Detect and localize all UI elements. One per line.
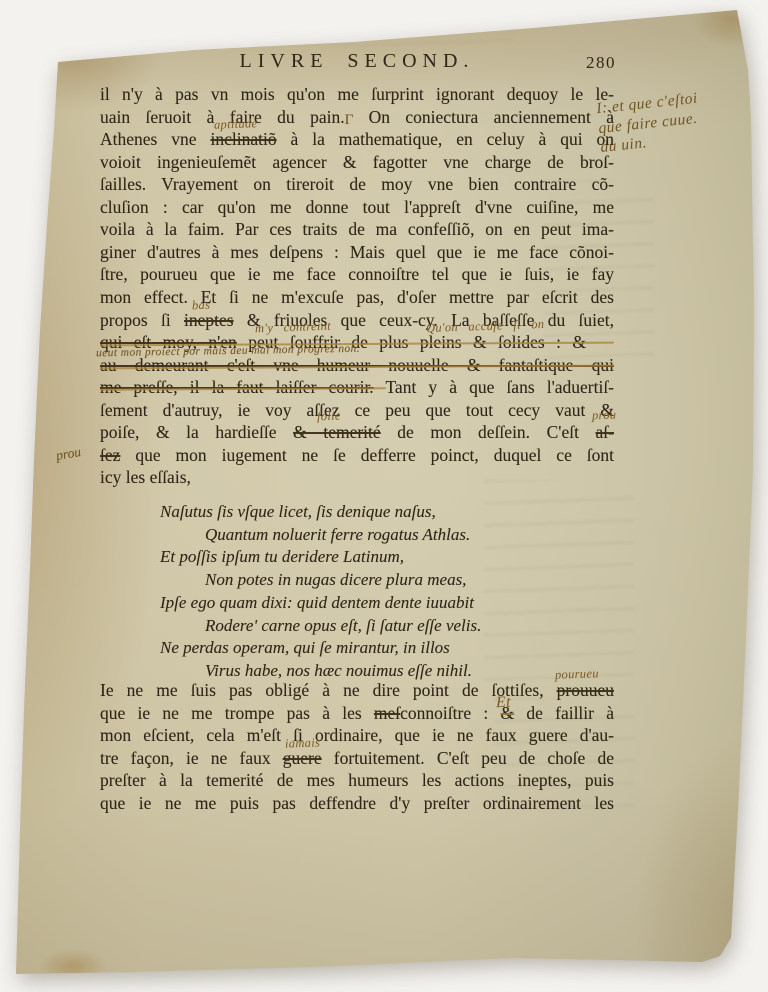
handwritten-note: bas	[192, 297, 211, 313]
text-segment: preſter à la temerité de mes humeurs les…	[100, 770, 614, 790]
text-segment: il n'y à pas vn mois qu'on me ſurprint i…	[100, 84, 614, 104]
text-segment: connoiſtre :	[400, 703, 500, 723]
text-segment: Naſutus ſis vſque licet, ſis denique naſ…	[160, 502, 436, 521]
text-line: giner d'autres à mes deſpens : Mais quel…	[100, 242, 614, 265]
handwritten-note: pourueu	[554, 666, 598, 683]
text-line: ſtre, pourueu que ie me face connoiſtre …	[100, 264, 614, 287]
text-line: cluſion : car qu'on me donne tout l'appr…	[100, 197, 614, 220]
text-line: icy les eſſais,	[100, 467, 191, 490]
text-segment: Rodere' carne opus eſt, ſi ſatur eſſe ve…	[205, 616, 481, 635]
text-segment: ineptesbas	[184, 310, 234, 330]
text-line: voila à la faim. Par ces traits de ma co…	[100, 219, 614, 242]
text-segment: aſ-prou	[596, 422, 614, 442]
text-segment: ſtre, pourueu que ie me face connoiſtre …	[100, 264, 614, 284]
text-segment: Tant y à que ſans l'aduertiſ-	[374, 377, 614, 397]
text-segment: &Et	[500, 703, 514, 723]
margin-note: I: et que c'eſtoique faire cuue.du uin.	[595, 81, 768, 157]
text-line: au demeurant c'eſt vne humeur nouuelle &…	[100, 355, 614, 378]
text-segment: tre façon, ie ne faux	[100, 748, 283, 768]
text-line: Naſutus ſis vſque licet, ſis denique naſ…	[160, 501, 436, 524]
handwritten-note: folie	[317, 409, 341, 425]
text-segment: poiſe, & la hardieſſe	[100, 422, 293, 442]
text-segment: inclinatiõaptitude	[210, 129, 276, 149]
text-line: mon eſcient, cela m'eſt ſi ordinaire, qu…	[100, 725, 614, 748]
text-line: Et poſſis ipſum tu deridere Latinum,	[160, 546, 404, 569]
text-segment: Ie ne me ſuis pas obligé à ne dire point…	[100, 680, 557, 700]
text-line: tre façon, ie ne faux guereiamais fortui…	[100, 748, 614, 771]
text-segment: que ie ne me trompe pas à les	[100, 703, 374, 723]
text-segment: voila à la faim. Par ces traits de ma co…	[100, 219, 614, 239]
page-number: 280	[586, 53, 616, 73]
insertion-mark: Γ	[345, 112, 354, 128]
handwritten-note: Qu'on accuſe ſi on	[426, 317, 545, 336]
text-segment: voioit ingenieuſemẽt agencer & fagotter …	[100, 152, 614, 172]
handwritten-note: m'y contreint	[255, 319, 331, 337]
text-segment: Ne perdas operam, qui ſe mirantur, in il…	[160, 638, 450, 657]
text-line: Quantum noluerit ferre rogatus Athlas.	[205, 524, 470, 547]
text-segment: prouueupourueu	[557, 680, 614, 700]
handwritten-note: prou	[591, 408, 616, 424]
text-line: Ipſe ego quam dixi: quid dentem dente iu…	[160, 592, 474, 615]
page-header: LIVRE SECOND.	[100, 50, 614, 73]
page-paper: LIVRE SECOND. 280 I: et que c'eſtoique f…	[14, 10, 755, 976]
text-segment: Et poſſis ipſum tu deridere Latinum,	[160, 547, 404, 566]
text-segment: mon eſcient, cela m'eſt ſi ordinaire, qu…	[100, 725, 614, 745]
handwritten-note: Et	[496, 693, 511, 712]
text-segment: mon effect. Et ſi ne m'excuſe pas, d'oſe…	[100, 287, 614, 307]
text-line: uain ſeruoit à faire du pain.Γ On coniec…	[100, 107, 614, 130]
text-segment: Non potes in nugas dicere plura meas,	[205, 570, 466, 589]
showthrough-ghost	[484, 480, 634, 690]
running-head-row: LIVRE SECOND. 280	[14, 50, 755, 76]
text-segment: On coniectura anciennement à	[353, 107, 614, 127]
text-line: me preſſe, il la faut laiſſer courir. Ta…	[100, 377, 614, 400]
text-segment: propos ſi	[100, 310, 184, 330]
text-line: ſailles. Vrayement on tireroit de moy vn…	[100, 174, 614, 197]
text-segment: de mon deſſein. C'eſt	[381, 422, 596, 442]
text-segment: que mon iugement ne ſe defferre poinct, …	[120, 445, 614, 465]
text-line: Non potes in nugas dicere plura meas,	[205, 569, 466, 592]
text-line: Ne perdas operam, qui ſe mirantur, in il…	[160, 637, 450, 660]
text-line: que ie ne me trompe pas à les meſconnoiſ…	[100, 703, 614, 726]
text-segment: Virus habe, nos hæc nouimus eſſe nihil.	[205, 661, 472, 680]
text-segment: & temeritéfolie	[293, 422, 381, 442]
handwritten-note: prou	[55, 444, 82, 464]
text-line: poiſe, & la hardieſſe & temeritéfolie de…	[100, 422, 614, 445]
text-segment: ſement d'autruy, ie voy aſſez ce peu que…	[100, 400, 614, 420]
text-line: Athenes vne inclinatiõaptitude à la math…	[100, 129, 614, 152]
handwritten-note: aptitude	[214, 116, 258, 133]
text-segment: icy les eſſais,	[100, 467, 191, 487]
text-line: qui eſt moy, n'en peut ſouffrir de plus …	[100, 332, 586, 355]
text-segment: Quantum noluerit ferre rogatus Athlas.	[205, 525, 470, 544]
text-segment: ſailles. Vrayement on tireroit de moy vn…	[100, 174, 614, 194]
text-segment: cluſion : car qu'on me donne tout l'appr…	[100, 197, 614, 217]
text-segment: giner d'autres à mes deſpens : Mais quel…	[100, 242, 614, 262]
text-line: il n'y à pas vn mois qu'on me ſurprint i…	[100, 84, 614, 107]
text-line: ſez que mon iugement ne ſe defferre poin…	[100, 445, 614, 468]
text-line: Ie ne me ſuis pas obligé à ne dire point…	[100, 680, 614, 703]
handwritten-note: iamais	[284, 735, 320, 751]
text-line: preſter à la temerité de mes humeurs les…	[100, 770, 614, 793]
text-line: mon effect. Et ſi ne m'excuſe pas, d'oſe…	[100, 287, 614, 310]
text-segment: fortuitement. C'eſt peu de choſe de	[322, 748, 614, 768]
text-segment: guereiamais	[283, 748, 322, 768]
text-segment: que ie ne me puis pas deffendre d'y preſ…	[100, 793, 614, 813]
text-line: Rodere' carne opus eſt, ſi ſatur eſſe ve…	[205, 615, 481, 638]
text-segment: Athenes vne	[100, 129, 210, 149]
text-segment: meſ	[374, 703, 400, 723]
text-segment: de faillir à	[514, 703, 614, 723]
text-segment: ſez	[100, 445, 120, 465]
scan-background: { "colors":{"background":"#f3f2ef","pape…	[0, 0, 768, 992]
text-line: que ie ne me puis pas deffendre d'y preſ…	[100, 793, 614, 816]
showthrough-ghost	[134, 30, 514, 46]
paper-shadow-wrap: LIVRE SECOND. 280 I: et que c'eſtoique f…	[0, 0, 768, 992]
text-line: ſement d'autruy, ie voy aſſez ce peu que…	[100, 400, 614, 423]
text-segment: Ipſe ego quam dixi: quid dentem dente iu…	[160, 593, 474, 612]
text-segment: à la mathematique, en celuy à qui on	[277, 129, 614, 149]
text-line: voioit ingenieuſemẽt agencer & fagotter …	[100, 152, 614, 175]
